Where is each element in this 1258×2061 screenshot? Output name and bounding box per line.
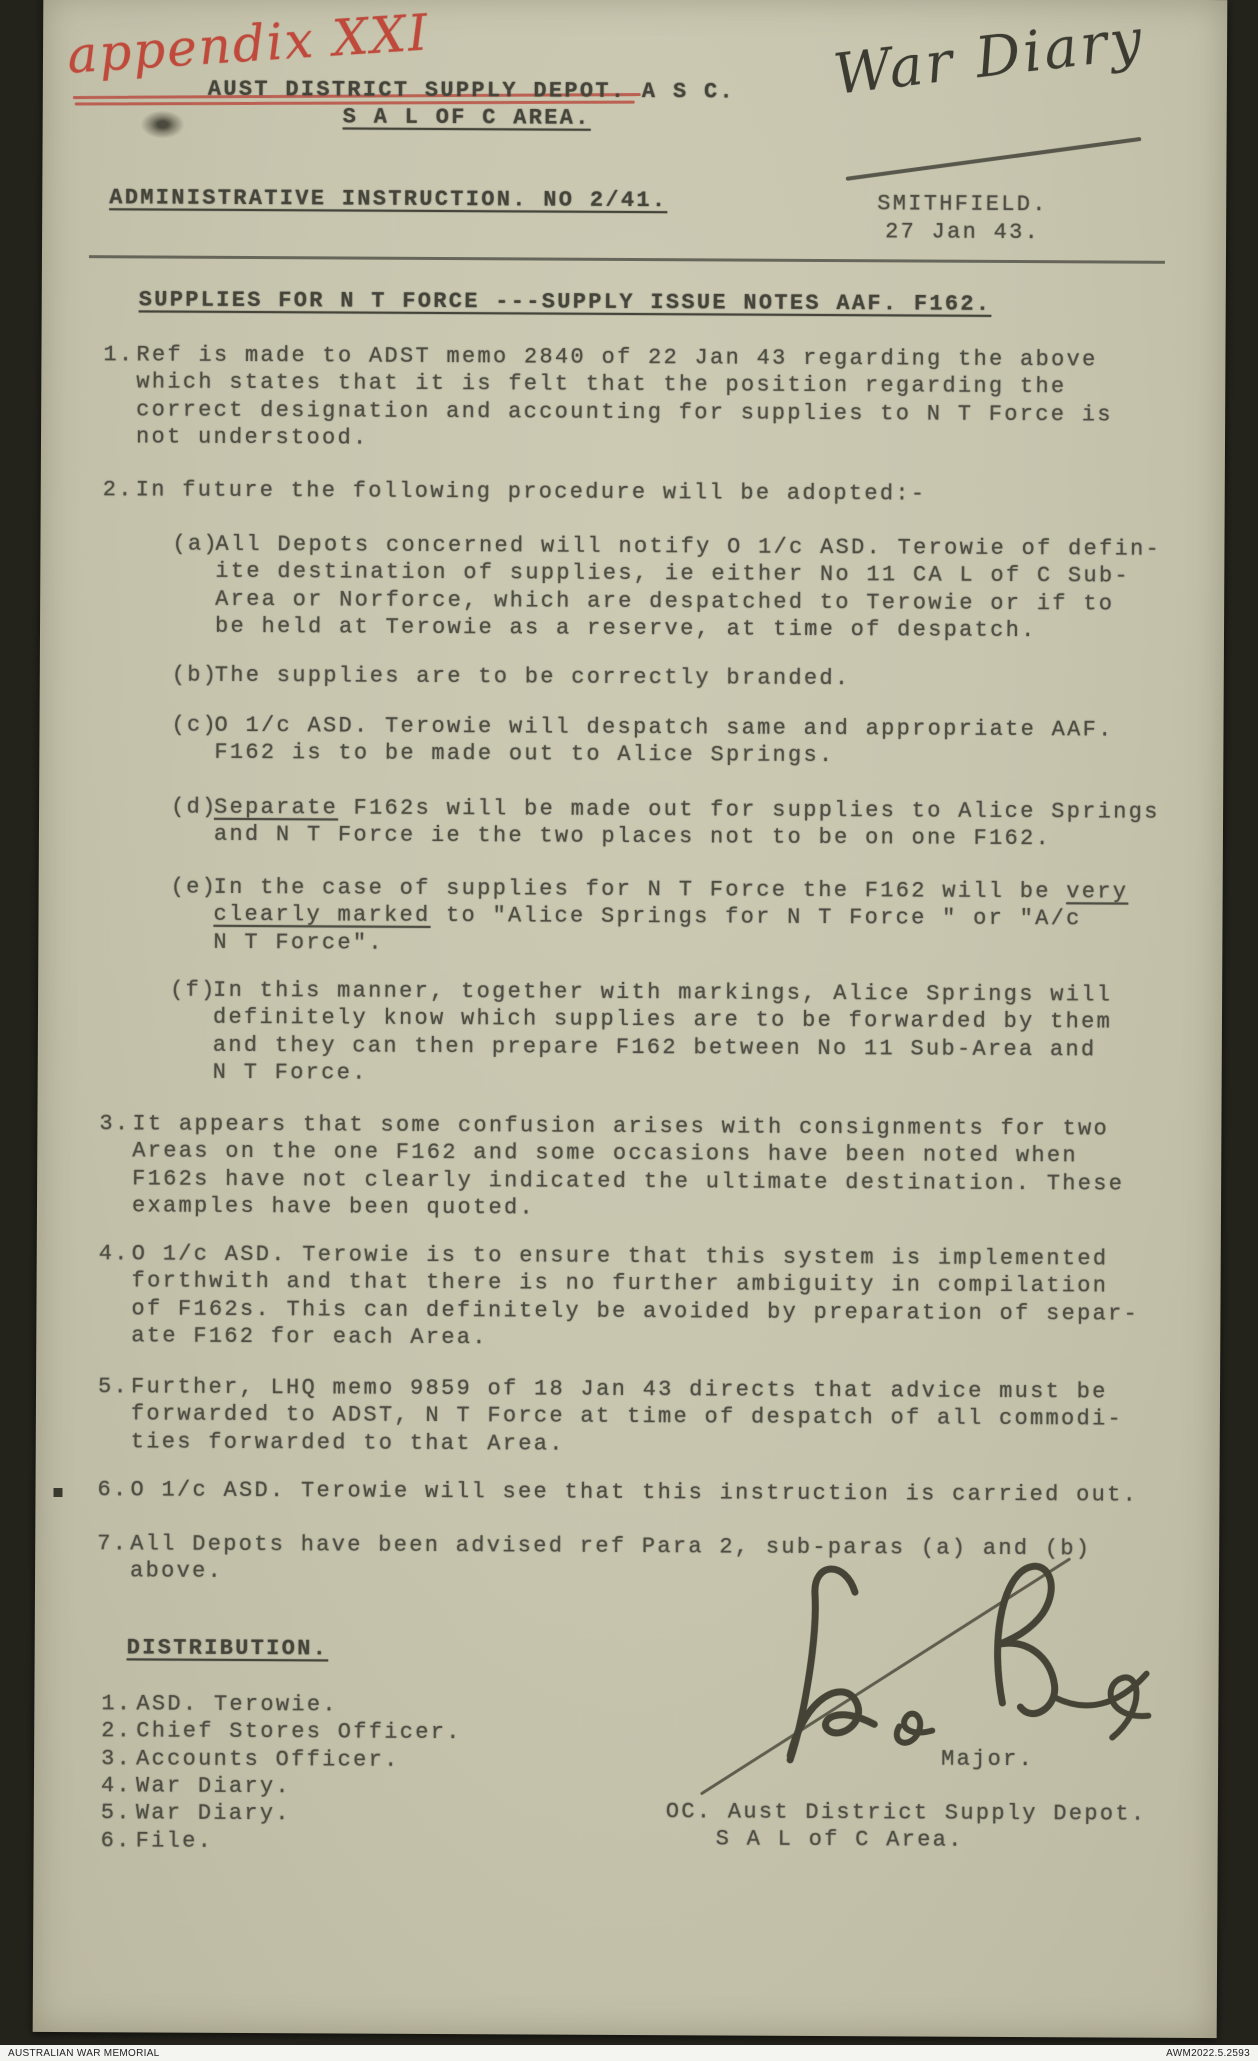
typed-line: ties forwarded to that Area. xyxy=(131,1429,565,1457)
distribution-item-text: File. xyxy=(136,1828,214,1854)
distribution-item-number: 4. xyxy=(101,1773,132,1799)
typed-line: O 1/c ASD. Terowie is to ensure that thi… xyxy=(132,1241,1109,1272)
typed-line: ite destination of supplies, ie either N… xyxy=(215,559,1130,590)
typed-line: The supplies are to be correctly branded… xyxy=(215,663,851,692)
typed-line: All Depots have been advised ref Para 2,… xyxy=(130,1531,1091,1562)
para-number: 2. xyxy=(103,477,134,503)
distribution-item-number: 1. xyxy=(101,1691,132,1717)
distribution-item-text: War Diary. xyxy=(136,1801,291,1828)
typed-line: be held at Terowie as a reserve, at time… xyxy=(215,614,1037,644)
typed-line: which states that it is felt that the po… xyxy=(136,370,1066,401)
unit-name-line2: S A L OF C AREA. xyxy=(343,104,591,131)
signoff-unit-line2: S A L of C Area. xyxy=(716,1826,964,1853)
para-number: 6. xyxy=(97,1477,128,1503)
typed-line: In the case of supplies for N T Force th… xyxy=(214,875,1129,906)
document-page: appendix XXI AUST DISTRICT SUPPLY DEPOT.… xyxy=(33,0,1228,2038)
typed-line: N T Force". xyxy=(213,929,384,956)
typed-line: In future the following procedure will b… xyxy=(136,477,927,507)
instruction-number-line: ADMINISTRATIVE INSTRUCTION. NO 2/41. xyxy=(109,185,667,214)
date-line: 27 Jan 43. xyxy=(885,219,1040,246)
typed-line: F162s have not clearly indicated the ult… xyxy=(132,1166,1124,1197)
text-segment: F162s will be made out for supplies to A… xyxy=(338,795,1160,824)
handwritten-war-diary-annotation: War Diary xyxy=(830,7,1148,108)
archive-accession-number: AWM2022.5.2593 xyxy=(1166,2048,1250,2059)
signature xyxy=(694,1545,1165,1812)
typed-line: examples have been quoted. xyxy=(132,1193,535,1221)
typed-line: Further, LHQ memo 9859 of 18 Jan 43 dire… xyxy=(131,1374,1108,1405)
distribution-item-text: Chief Stores Officer. xyxy=(136,1719,462,1747)
typed-line: Areas on the one F162 and some occasions… xyxy=(132,1139,1078,1170)
horizontal-rule xyxy=(89,255,1165,264)
typed-line: All Depots concerned will notify O 1/c A… xyxy=(215,532,1161,563)
typed-line: F162 is to be made out to Alice Springs. xyxy=(214,740,834,769)
para-number: 4. xyxy=(99,1241,130,1267)
typed-line: and they can then prepare F162 between N… xyxy=(213,1032,1097,1063)
distribution-heading: DISTRIBUTION. xyxy=(127,1635,329,1662)
typed-line: O 1/c ASD. Terowie will see that this in… xyxy=(130,1477,1138,1508)
subpara-label: (a) xyxy=(172,532,219,558)
typed-line: Ref is made to ADST memo 2840 of 22 Jan … xyxy=(136,342,1097,373)
document-title: SUPPLIES FOR N T FORCE ---SUPPLY ISSUE N… xyxy=(139,287,992,317)
para-number: 7. xyxy=(97,1531,128,1557)
signoff-rank: Major. xyxy=(941,1747,1034,1773)
typed-line: above. xyxy=(130,1559,223,1585)
scanned-document-view: { "annotations": { "appendix": "appendix… xyxy=(0,0,1258,2061)
paper-stain xyxy=(135,106,191,142)
distribution-item-number: 5. xyxy=(101,1800,132,1826)
distribution-item-number: 6. xyxy=(101,1828,132,1854)
archive-name-label: AUSTRALIAN WAR MEMORIAL xyxy=(8,2048,160,2059)
distribution-item-text: ASD. Terowie. xyxy=(136,1691,338,1718)
typed-line: In this manner, together with markings, … xyxy=(213,978,1112,1009)
typed-line: definitely know which supplies are to be… xyxy=(213,1005,1112,1036)
distribution-item-text: War Diary. xyxy=(136,1773,291,1800)
typed-line: correct designation and accounting for s… xyxy=(136,397,1113,428)
typed-line: of F162s. This can definitely be avoided… xyxy=(131,1296,1139,1327)
text-segment: In the case of supplies for N T Force th… xyxy=(214,875,1067,904)
typed-line: It appears that some confusion arises wi… xyxy=(132,1111,1109,1142)
subpara-label: (e) xyxy=(171,875,218,901)
para-number: 1. xyxy=(103,342,134,368)
typed-line: clearly marked to "Alice Springs for N T… xyxy=(213,902,1081,933)
typed-line: Separate F162s will be made out for supp… xyxy=(214,795,1160,826)
handwritten-appendix-annotation: appendix XXI xyxy=(66,3,432,84)
text-segment: to "Alice Springs for N T Force " or "A/… xyxy=(430,903,1081,931)
underlined-phrase: Separate xyxy=(214,795,338,821)
typed-line: forwarded to ADST, N T Force at time of … xyxy=(131,1402,1123,1433)
signoff-unit-line1: OC. Aust District Supply Depot. xyxy=(666,1799,1147,1828)
distribution-item-text: Accounts Officer. xyxy=(136,1746,400,1773)
subpara-label: (c) xyxy=(171,713,218,739)
para-number: 3. xyxy=(99,1111,130,1137)
war-diary-underline-stroke xyxy=(846,137,1142,181)
typed-line: ate F162 for each Area. xyxy=(131,1323,488,1351)
underlined-phrase: very xyxy=(1066,879,1128,904)
typed-line: O 1/c ASD. Terowie will despatch same an… xyxy=(214,713,1113,744)
typed-line: and N T Force ie the two places not to b… xyxy=(214,822,1051,852)
typed-line: N T Force. xyxy=(213,1060,368,1087)
underlined-phrase: clearly marked xyxy=(213,902,430,928)
unit-name-line1: AUST DISTRICT SUPPLY DEPOT. A S C. xyxy=(208,77,735,106)
place-line: SMITHFIELD. xyxy=(877,191,1048,218)
distribution-item-number: 3. xyxy=(101,1746,132,1772)
subpara-label: (b) xyxy=(172,663,219,689)
distribution-item-number: 2. xyxy=(101,1719,132,1745)
subpara-label: (d) xyxy=(171,795,218,821)
archive-caption-bar: AUSTRALIAN WAR MEMORIAL AWM2022.5.2593 xyxy=(0,2045,1258,2061)
ink-blemish xyxy=(53,1488,62,1497)
para-number: 5. xyxy=(98,1374,129,1400)
typed-line: not understood. xyxy=(136,424,369,451)
subpara-label: (f) xyxy=(170,978,217,1004)
typed-line: forthwith and that there is no further a… xyxy=(132,1269,1109,1300)
typed-line: Area or Norforce, which are despatched t… xyxy=(215,586,1114,617)
